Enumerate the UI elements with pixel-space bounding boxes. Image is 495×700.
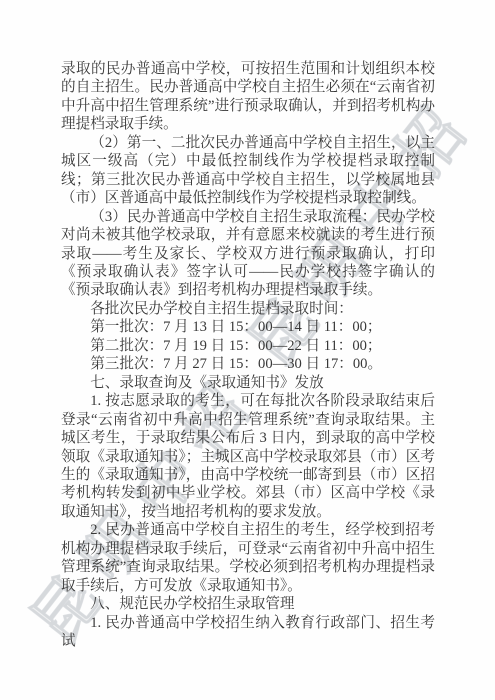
paragraph: 第二批次：7 月 19 日 15：00—22 日 11：00； [61,337,435,355]
paragraph: 1. 按志愿录取的考生，可在每批次各阶段录取结束后登录“云南省初中升高中招生管理… [61,392,435,521]
section-heading: 八、规范民办学校招生录取管理 [61,595,435,613]
paragraph: 1. 民办普通高中学校招生纳入教育行政部门、招生考试 [61,614,435,651]
document-page: 昆明中招 昆明中招 录取的民办普通高中学校，可按招生范围和计划组织本校的自主招生… [0,0,495,700]
paragraph: 第一批次：7 月 13 日 15：00—14 日 11：00； [61,318,435,336]
paragraph: 第三批次：7 月 27 日 15：00—30 日 17：00。 [61,355,435,373]
paragraph: 2. 民办普通高中学校自主招生的考生，经学校到招考机构办理提档录取手续后，可登录… [61,521,435,595]
document-body: 录取的民办普通高中学校，可按招生范围和计划组织本校的自主招生。民办普通高中学校自… [61,60,435,651]
paragraph: （3）民办普通高中学校自主招生录取流程：民办学校对尚未被其他学校录取，并有意愿来… [61,208,435,300]
section-heading: 七、录取查询及《录取通知书》发放 [61,374,435,392]
paragraph: （2）第一、二批次民办普通高中学校自主招生，以主城区一级高（完）中最低控制线作为… [61,134,435,208]
paragraph: 各批次民办学校自主招生提档录取时间： [61,300,435,318]
paragraph: 录取的民办普通高中学校，可按招生范围和计划组织本校的自主招生。民办普通高中学校自… [61,60,435,134]
